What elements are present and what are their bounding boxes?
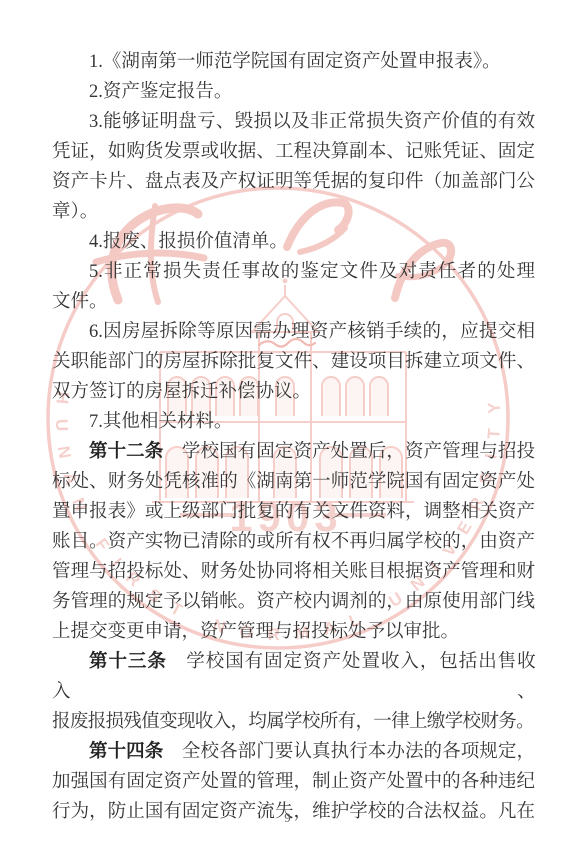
text-line: 账目。资产实物已清除的或所有权不再归属学校的，由资产 xyxy=(52,527,535,557)
article-number: 第十二条 xyxy=(89,442,163,462)
text-line: 5.非正常损失责任事故的鉴定文件及对责任者的处理 xyxy=(52,257,535,287)
text-line: 凭证，如购货发票或收据、工程决算副本、记账凭证、固定 xyxy=(52,137,535,167)
text-line: 双方签订的房屋拆迁补偿协议。 xyxy=(52,377,535,407)
text-line: 6.因房屋拆除等原因需办理资产核销手续的，应提交相 xyxy=(52,317,535,347)
text-line: 4.报废、报损价值清单。 xyxy=(52,227,535,257)
text-line: 1.《湖南第一师范学院国有固定资产处置申报表》。 xyxy=(52,47,535,77)
text-line: 7.其他相关材料。 xyxy=(52,407,535,437)
article-number: 第十四条 xyxy=(89,742,163,762)
text-line: 置申报表》或上级部门批复的有关文件资料，调整相关资产 xyxy=(52,497,535,527)
text-line: 第十四条 全校各部门要认真执行本办法的各项规定， xyxy=(52,737,535,767)
text-line: 3.能够证明盘亏、毁损以及非正常损失资产价值的有效 xyxy=(52,107,535,137)
text-line: 标处、财务处凭核准的《湖南第一师范学院国有固定资产处 xyxy=(52,467,535,497)
text-line: 上提交变更申请，资产管理与招投标处予以审批。 xyxy=(52,617,535,647)
page-number: 9 xyxy=(0,810,575,826)
text-line: 务管理的规定予以销帐。资产校内调剂的，由原使用部门线 xyxy=(52,587,535,617)
text-line: 文件。 xyxy=(52,287,535,317)
text-line: 资产卡片、盘点表及产权证明等凭据的复印件（加盖部门公 xyxy=(52,167,535,197)
text-line: 第十二条 学校国有固定资产处置后，资产管理与招投 xyxy=(52,437,535,467)
text-line: 章）。 xyxy=(52,197,535,227)
text-line: 报废报损残值变现收入，均属学校所有，一律上缴学校财务。 xyxy=(52,707,535,737)
document-body: 1.《湖南第一师范学院国有固定资产处置申报表》。2.资产鉴定报告。3.能够证明盘… xyxy=(52,47,535,827)
text-line: 第十三条 学校国有固定资产处置收入，包括出售收入、 xyxy=(52,647,535,707)
text-line: 加强国有固定资产处置的管理，制止资产处置中的各种违纪 xyxy=(52,767,535,797)
text-line: 关职能部门的房屋拆除批复文件、建设项目拆建立项文件、 xyxy=(52,347,535,377)
text-line: 2.资产鉴定报告。 xyxy=(52,77,535,107)
document-page: HUNAN FIRST NORMAL UNIVERSITY xyxy=(0,0,575,858)
text-line: 管理与招投标处、财务处协同将相关账目根据资产管理和财 xyxy=(52,557,535,587)
article-number: 第十三条 xyxy=(89,652,167,672)
